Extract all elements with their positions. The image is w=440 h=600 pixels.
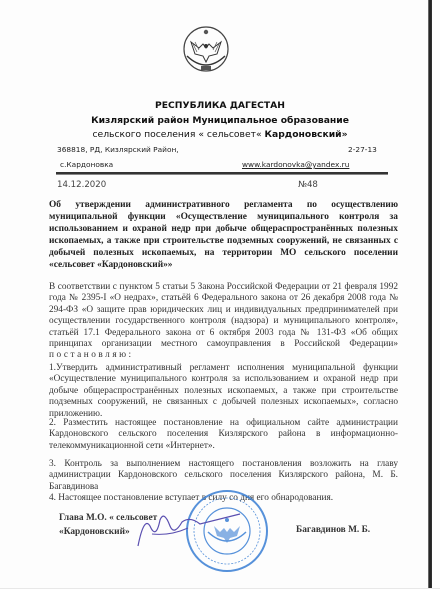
settlement-prefix: сельского поселения « сельсовет« [92, 129, 264, 140]
preamble-text: В соответствии с пунктом 5 статьи 5 Зако… [49, 282, 398, 349]
district-heading: Кизлярский район Муниципальное образован… [0, 115, 440, 126]
document-date: 14.12.2020 [57, 180, 106, 190]
republic-heading: РЕСПУБЛИКА ДАГЕСТАН [0, 100, 440, 111]
resolves-word: постановляю: [49, 350, 134, 360]
signatory-position: Глава М.О. « сельсовет «Кардоновский» [59, 511, 157, 539]
scan-edge-border [428, 0, 432, 588]
preamble-paragraph: В соответствии с пунктом 5 статьи 5 Зако… [49, 282, 398, 362]
settlement-heading: сельского поселения « сельсовет« Кардоно… [0, 129, 440, 140]
signatory-name: Багавдинов М. Б. [296, 525, 370, 535]
item-1: 1.Утвердить административный регламент и… [49, 363, 398, 420]
phone-number: 2-27-13 [348, 145, 377, 154]
header-divider [56, 172, 388, 175]
signatory-position-line-1: Глава М.О. « сельсовет [59, 511, 157, 525]
item-2: 2. Разместить настоящее постановление на… [49, 418, 398, 452]
dagestan-coat-of-arms-icon [179, 22, 233, 76]
document-page: РЕСПУБЛИКА ДАГЕСТАН Кизлярский район Мун… [0, 0, 440, 600]
address-line-2: с.Кардоновка [60, 160, 113, 169]
email-link[interactable]: www.kardonovka@yandex.ru [242, 160, 349, 169]
scan-bottom-edge [0, 588, 440, 600]
document-title: Об утверждении административного регламе… [49, 199, 398, 272]
document-number: №48 [298, 180, 318, 190]
signatory-position-line-2: «Кардоновский» [59, 525, 157, 539]
address-line-1: 368818, РД, Кизлярский Район, [57, 145, 179, 154]
settlement-name: Кардоновский» [265, 129, 348, 140]
